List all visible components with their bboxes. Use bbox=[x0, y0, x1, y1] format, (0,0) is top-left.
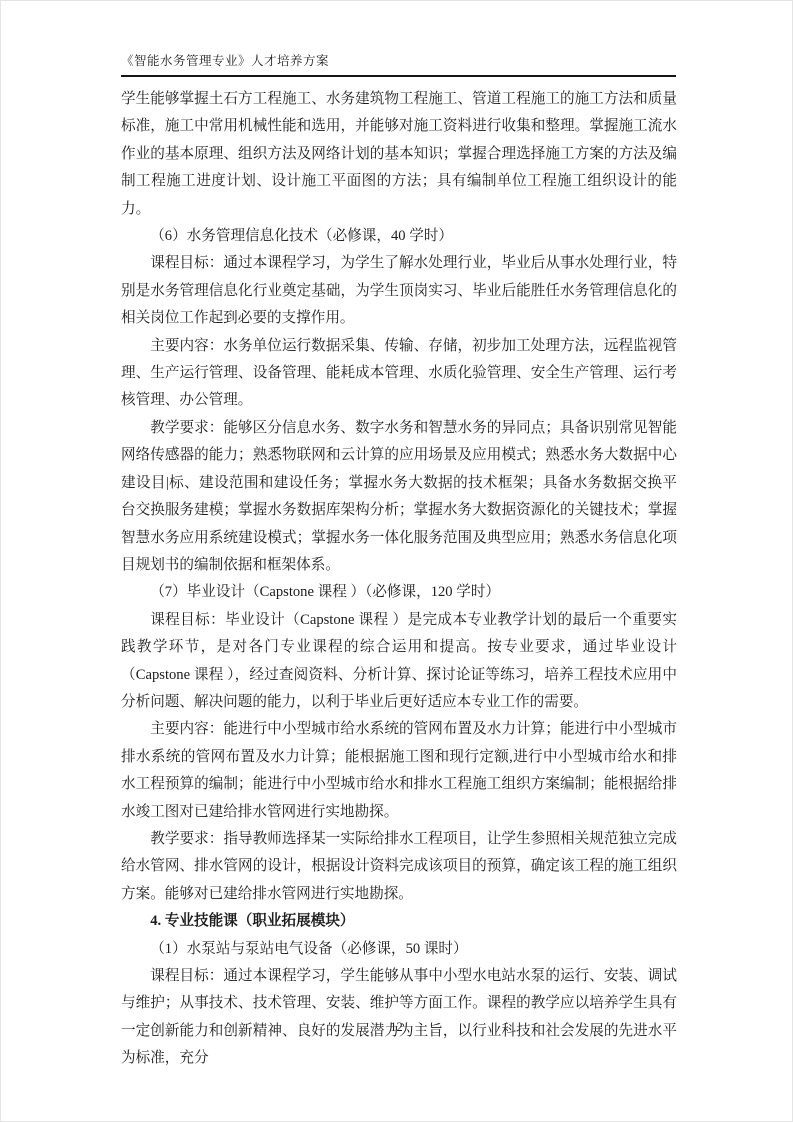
document-page: 《智能水务管理专业》人才培养方案 学生能够掌握土石方工程施工、水务建筑物工程施工… bbox=[0, 0, 793, 1122]
course-1-objective: 课程目标：通过本课程学习，学生能够从事中小型水电站水泵的运行、安装、调试与维护；… bbox=[121, 963, 677, 1073]
page-number: 12 bbox=[1, 1019, 792, 1035]
continuation-paragraph: 学生能够掌握土石方工程施工、水务建筑物工程施工、管道工程施工的施工方法和质量标准… bbox=[121, 86, 677, 223]
course-6-title: （6）水务管理信息化技术（必修课，40 学时） bbox=[121, 223, 677, 250]
course-1-title: （1）水泵站与泵站电气设备（必修课，50 课时） bbox=[121, 936, 677, 963]
course-7-objective: 课程目标：毕业设计（Capstone 课程 ）是完成本专业教学计划的最后一个重要… bbox=[121, 607, 677, 717]
course-6-content: 主要内容：水务单位运行数据采集、传输、存储，初步加工处理方法，远程监视管理、生产… bbox=[121, 333, 677, 415]
page-header-title: 《智能水务管理专业》人才培养方案 bbox=[121, 53, 676, 77]
document-body: 学生能够掌握土石方工程施工、水务建筑物工程施工、管道工程施工的施工方法和质量标准… bbox=[121, 86, 677, 1073]
course-7-requirements: 教学要求：指导教师选择某一实际给排水工程项目，让学生参照相关规范独立完成给水管网… bbox=[121, 826, 677, 908]
course-7-content: 主要内容：能进行中小型城市给水系统的管网布置及水力计算；能进行中小型城市排水系统… bbox=[121, 716, 677, 826]
section-heading-4: 4. 专业技能课（职业拓展模块） bbox=[121, 908, 677, 935]
course-6-objective: 课程目标：通过本课程学习，为学生了解水处理行业，毕业后从事水处理行业，特别是水务… bbox=[121, 250, 677, 332]
course-7-title: （7）毕业设计（Capstone 课程 ）（必修课，120 学时） bbox=[121, 579, 677, 606]
course-6-requirements: 教学要求：能够区分信息水务、数字水务和智慧水务的异同点；具备识别常见智能网络传感… bbox=[121, 415, 677, 579]
